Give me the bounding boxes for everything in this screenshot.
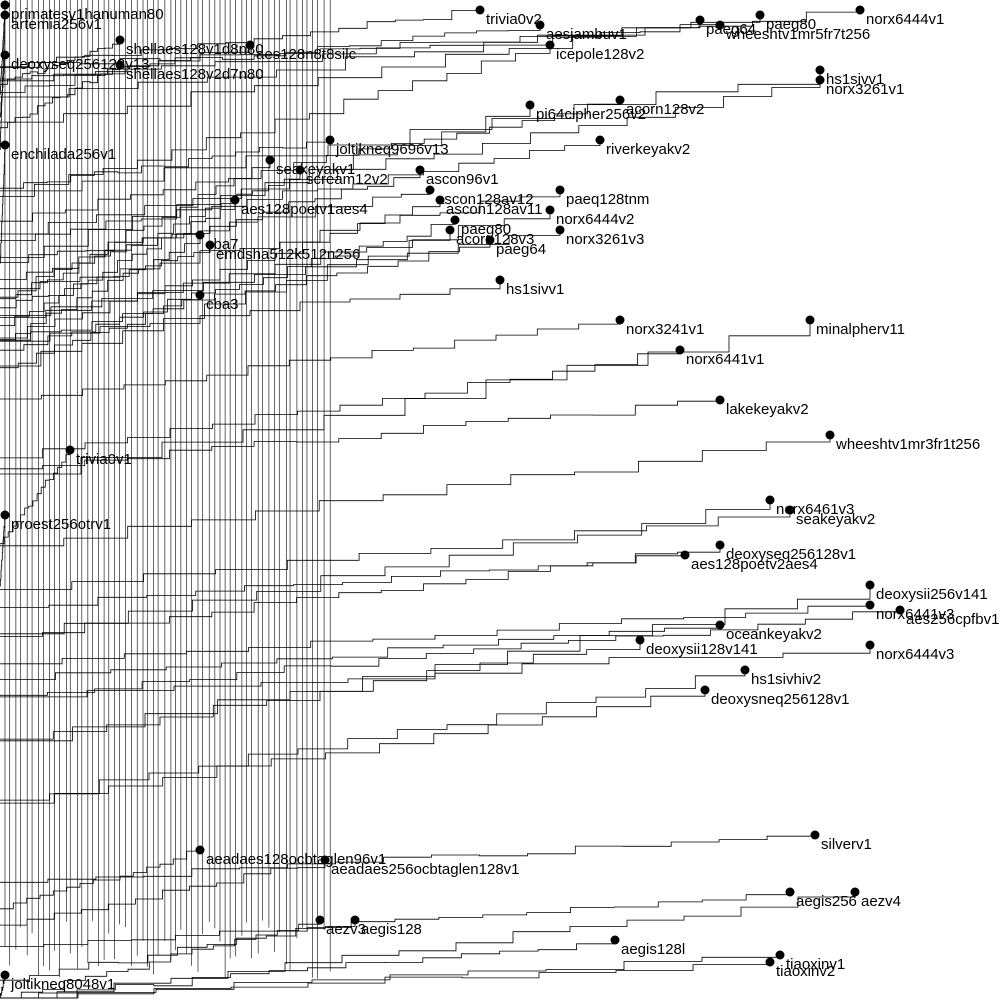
series-label: icepole128v2 xyxy=(556,46,644,63)
series-label: norx6444v3 xyxy=(876,646,954,663)
series-end-dot xyxy=(816,66,825,75)
series-label: tiaoxinv2 xyxy=(776,963,835,980)
series-label: acorn128v3 xyxy=(456,231,534,248)
series-label: cba3 xyxy=(206,296,239,313)
series-label: aegis256 xyxy=(796,893,857,910)
series-end-dot xyxy=(416,166,425,175)
series-line xyxy=(0,545,720,636)
series-label: shellaes128v2d7n80 xyxy=(126,66,264,83)
series-end-dot xyxy=(756,11,765,20)
series-label: seakeyakv1 xyxy=(276,161,355,178)
series-end-dot xyxy=(496,276,505,285)
series-label: minalpherv11 xyxy=(816,321,905,338)
series-end-dot xyxy=(196,231,205,240)
series-end-dot xyxy=(446,226,455,235)
series-end-dot xyxy=(856,6,865,15)
series-label: silverv1 xyxy=(821,836,872,853)
series-label: ascon128av12 xyxy=(436,191,534,208)
series-line xyxy=(0,143,5,263)
series-end-markers xyxy=(1,1,905,980)
series-end-dot xyxy=(1,141,10,150)
series-end-dot xyxy=(866,641,875,650)
series-label: norx3241v1 xyxy=(626,321,704,338)
series-end-dot xyxy=(1,11,10,20)
series-line xyxy=(0,501,770,633)
series-end-dot xyxy=(716,396,725,405)
series-end-dot xyxy=(1,511,10,520)
series-end-dot xyxy=(556,186,565,195)
series-line xyxy=(0,173,420,280)
series-label: norx6444v2 xyxy=(556,211,634,228)
series-label: ascon96v1 xyxy=(426,171,499,188)
series-label: hs1sivhiv2 xyxy=(751,671,821,688)
series-label: paeq128tnm xyxy=(566,191,649,208)
series-label: aegis128 xyxy=(361,921,422,938)
series-end-dot xyxy=(526,101,535,110)
series-label: deoxysii128v141 xyxy=(646,641,758,658)
series-label: shellaes128v1d8n80 xyxy=(126,41,264,58)
series-label: proest256otrv1 xyxy=(11,516,111,533)
series-label: trivia0v2 xyxy=(486,11,542,28)
series-end-dot xyxy=(766,496,775,505)
series-end-dot xyxy=(681,551,690,560)
series-label: wheeshtv1mr3fr1t256 xyxy=(835,436,980,453)
series-label: aes128poetv1aes4 xyxy=(241,201,368,218)
series-labels: tiaoxinv1tiaoxinv2aegis128laegis256aezv4… xyxy=(10,6,999,993)
series-end-dot xyxy=(701,686,710,695)
series-label: norx6444v1 xyxy=(866,11,944,28)
series-label: norx6461v3 xyxy=(776,501,854,518)
series-line xyxy=(0,323,620,400)
series-end-dot xyxy=(776,951,785,960)
series-label: pi64cipher256v2 xyxy=(536,106,646,123)
series-label: deoxysneq256128v1 xyxy=(711,691,849,708)
series-label: joltikneq8048v1 xyxy=(10,976,115,993)
series-label: aeadaes128ocbtaglen96v1 xyxy=(206,851,386,868)
series-label: norx3261v3 xyxy=(566,231,644,248)
series-end-dot xyxy=(611,936,620,945)
series-end-dot xyxy=(266,156,275,165)
series-end-dot xyxy=(1,971,10,980)
series-line xyxy=(0,952,780,998)
series-line xyxy=(0,688,705,803)
series-end-dot xyxy=(616,316,625,325)
series-label: deoxysii256v141 xyxy=(876,586,988,603)
series-end-dot xyxy=(811,831,820,840)
series-label: emdsha512k512n256 xyxy=(216,246,360,263)
series-end-dot xyxy=(866,581,875,590)
series-end-dot xyxy=(866,601,875,610)
series-label: joltikneq9696v13 xyxy=(335,141,449,158)
series-end-dot xyxy=(116,36,125,45)
series-line xyxy=(0,850,200,909)
series-end-dot xyxy=(616,96,625,105)
series-label: aezv3 xyxy=(326,921,366,938)
series-label: wheeshtv1mr5fr7t256 xyxy=(725,26,870,43)
benchmark-line-chart: tiaoxinv1tiaoxinv2aegis128laegis256aezv4… xyxy=(0,0,1000,1000)
series-end-dot xyxy=(826,431,835,440)
series-end-dot xyxy=(316,916,325,925)
series-label: enchilada256v1 xyxy=(11,146,116,163)
series-label: riverkeyakv2 xyxy=(606,141,690,158)
series-end-dot xyxy=(1,1,10,10)
series-lines xyxy=(0,6,900,998)
series-label: aezv4 xyxy=(861,893,901,910)
series-end-dot xyxy=(716,541,725,550)
series-label: aes128n8t8silc xyxy=(256,46,357,63)
series-label: norx6441v3 xyxy=(876,606,954,623)
series-line xyxy=(0,863,325,925)
series-end-dot xyxy=(66,446,75,455)
series-end-dot xyxy=(196,291,205,300)
series-line xyxy=(0,623,720,680)
series-label: norx6441v1 xyxy=(686,351,764,368)
series-end-dot xyxy=(476,6,485,15)
series-line xyxy=(0,669,745,801)
series-label: oceankeyakv2 xyxy=(726,626,822,643)
series-label: primatesv1hanuman80 xyxy=(11,6,164,23)
series-end-dot xyxy=(1,51,10,60)
series-end-dot xyxy=(676,346,685,355)
series-label: aegis128l xyxy=(621,941,685,958)
series-end-dot xyxy=(816,76,825,85)
series-end-dot xyxy=(636,636,645,645)
series-end-dot xyxy=(741,666,750,675)
series-end-dot xyxy=(196,846,205,855)
series-label: hs1sivv1 xyxy=(826,71,884,88)
series-label: hs1sivv1 xyxy=(506,281,564,298)
series-end-dot xyxy=(231,196,240,205)
series-line xyxy=(0,641,640,740)
series-line xyxy=(0,965,770,998)
series-end-dot xyxy=(546,206,555,215)
series-line xyxy=(0,509,790,590)
series-label: trivia0v1 xyxy=(76,451,132,468)
series-end-dot xyxy=(326,136,335,145)
series-line xyxy=(0,514,5,586)
series-end-dot xyxy=(596,136,605,145)
series-label: deoxyseq256128v1 xyxy=(726,546,856,563)
series-line xyxy=(0,348,680,458)
series-end-dot xyxy=(806,316,815,325)
series-end-dot xyxy=(716,621,725,630)
series-end-dot xyxy=(786,888,795,897)
series-label: aesjambuv1 xyxy=(546,26,627,43)
series-line xyxy=(0,893,855,998)
series-label: lakekeyakv2 xyxy=(726,401,809,418)
series-end-dot xyxy=(696,16,705,25)
series-end-dot xyxy=(766,958,775,967)
